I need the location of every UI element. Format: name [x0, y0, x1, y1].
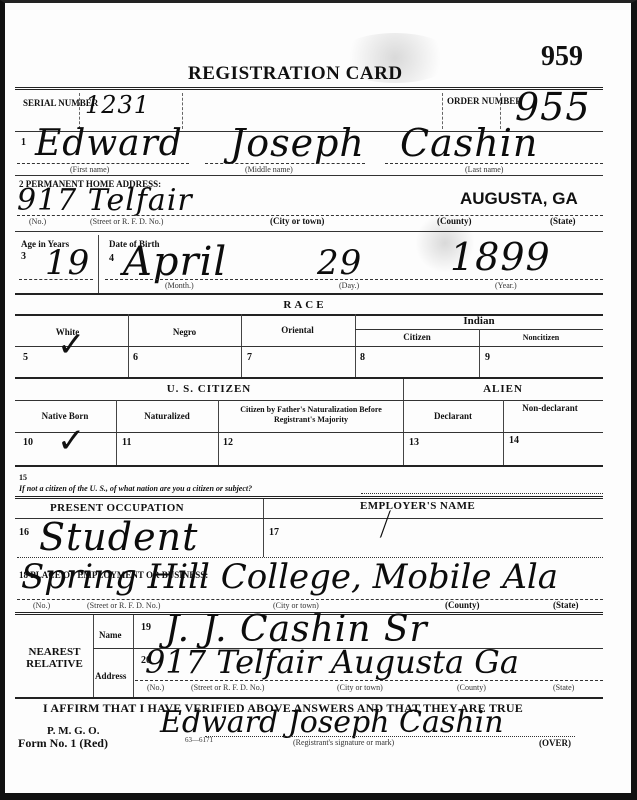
nation-answer-line[interactable] [361, 493, 603, 494]
race-white-checkmark[interactable]: ✓ [57, 325, 86, 365]
serial-number-label: SERIAL NUMBER [23, 98, 75, 108]
employment-state-caption: (State) [553, 600, 579, 610]
field-number: 13 [409, 437, 419, 448]
last-name-caption: (Last name) [465, 165, 503, 174]
field-number: 16 [19, 527, 29, 538]
field-number: 8 [360, 352, 365, 363]
field-number: 15 [19, 473, 27, 482]
address-city-caption: (City or town) [270, 216, 324, 226]
relative-address-label: Address [95, 671, 126, 681]
relative-no-caption: (No.) [147, 683, 164, 692]
address-state-caption: (State) [550, 216, 576, 226]
registrant-signature: Edward Joseph Cashin [160, 705, 504, 740]
signature-caption: (Registrant's signature or mark) [293, 738, 394, 747]
address-county-caption: (County) [437, 216, 472, 226]
divider [19, 279, 93, 280]
relative-name-label: Name [99, 630, 122, 640]
birth-day-caption: (Day.) [339, 281, 359, 290]
middle-name-value: Joseph [230, 121, 365, 165]
divider [15, 432, 603, 433]
birth-year-caption: (Year.) [495, 281, 517, 290]
naturalized-label: Naturalized [116, 411, 218, 421]
employment-no-caption: (No.) [33, 601, 50, 610]
registration-card: REGISTRATION CARD 959 SERIAL NUMBER 1231… [0, 0, 637, 800]
divider [105, 279, 603, 280]
occupation-header: PRESENT OCCUPATION [50, 502, 184, 514]
address-street-caption: (Street or R. F. D. No.) [90, 217, 163, 226]
employer-value-mark: ⟋ [369, 508, 401, 544]
non-declarant-label: Non-declarant [510, 403, 590, 414]
field-number: 3 [21, 251, 26, 262]
birth-year-value: 1899 [450, 235, 551, 279]
birth-day-value: 29 [317, 243, 362, 283]
us-citizen-header: U. S. CITIZEN [15, 383, 403, 395]
card-number: 959 [541, 41, 583, 73]
employment-place-value: Spring Hill College, Mobile Ala [21, 557, 558, 597]
divider [17, 163, 189, 164]
divider [93, 615, 94, 698]
divider [15, 175, 603, 176]
field-number: 1 [21, 137, 26, 148]
birth-month-caption: (Month.) [165, 281, 194, 290]
relative-street-caption: (Street or R. F. D. No.) [191, 683, 264, 692]
citizen-by-father-label: Citizen by Father's Naturalization Befor… [221, 405, 401, 425]
divider [263, 499, 264, 557]
divider [15, 465, 603, 467]
divider [15, 346, 603, 347]
home-address-street-value: 917 Telfair [17, 183, 193, 218]
field-number: 9 [485, 352, 490, 363]
divider [17, 599, 603, 600]
age-value: 19 [45, 243, 90, 283]
first-name-caption: (First name) [70, 165, 109, 174]
field-number: 11 [122, 437, 131, 448]
field-number: 19 [141, 622, 151, 633]
divider [133, 615, 134, 698]
race-header: RACE [255, 299, 355, 311]
field-number: 5 [23, 352, 28, 363]
last-name-value: Cashin [400, 121, 538, 165]
form-number-label: Form No. 1 (Red) [18, 736, 108, 751]
race-indian-citizen-label: Citizen [355, 332, 479, 342]
relative-county-caption: (County) [457, 683, 486, 692]
order-number-label: ORDER NUMBER [447, 96, 497, 106]
divider [15, 400, 603, 401]
divider [15, 293, 603, 295]
race-oriental-label: Oriental [241, 325, 354, 335]
signature-line [205, 736, 575, 737]
native-born-label: Native Born [15, 411, 115, 421]
relative-state-caption: (State) [553, 683, 574, 692]
relative-city-caption: (City or town) [337, 683, 383, 692]
divider [205, 163, 365, 164]
serial-number-value: 1231 [85, 91, 150, 119]
employer-header: EMPLOYER'S NAME [360, 500, 475, 512]
field-number: 4 [109, 253, 114, 264]
divider [15, 496, 603, 499]
field-number: 10 [23, 437, 33, 448]
address-no-caption: (No.) [29, 217, 46, 226]
employment-county-caption: (County) [445, 600, 480, 610]
race-indian-header: Indian [355, 315, 603, 327]
print-code: 63—6171 [185, 736, 213, 744]
relative-address-value: 917 Telfair Augusta Ga [145, 643, 519, 681]
race-negro-label: Negro [128, 327, 241, 337]
field-number: 7 [247, 352, 252, 363]
declarant-label: Declarant [403, 411, 503, 421]
alien-header: ALIEN [403, 383, 603, 395]
occupation-value: Student [39, 515, 198, 559]
home-address-city-stamp: AUGUSTA, GA [460, 189, 578, 209]
nearest-relative-label: NEARESTRELATIVE [17, 646, 92, 670]
field-number: 6 [133, 352, 138, 363]
field-number: 12 [223, 437, 233, 448]
divider [98, 235, 99, 293]
card-title: REGISTRATION CARD [188, 63, 403, 85]
race-indian-noncitizen-label: Noncitizen [479, 333, 603, 342]
divider [385, 163, 603, 164]
divider [15, 231, 603, 232]
divider [135, 680, 603, 681]
field-number: 17 [269, 527, 279, 538]
native-born-checkmark[interactable]: ✓ [57, 421, 86, 461]
divider [15, 697, 603, 699]
first-name-value: Edward [35, 123, 183, 164]
field-number: 14 [509, 435, 519, 446]
divider [15, 377, 603, 379]
nation-question: If not a citizen of the U. S., of what n… [19, 484, 252, 493]
over-label: (OVER) [539, 738, 571, 748]
employment-street-caption: (Street or R. F. D. No.) [87, 601, 160, 610]
middle-name-caption: (Middle name) [245, 165, 293, 174]
